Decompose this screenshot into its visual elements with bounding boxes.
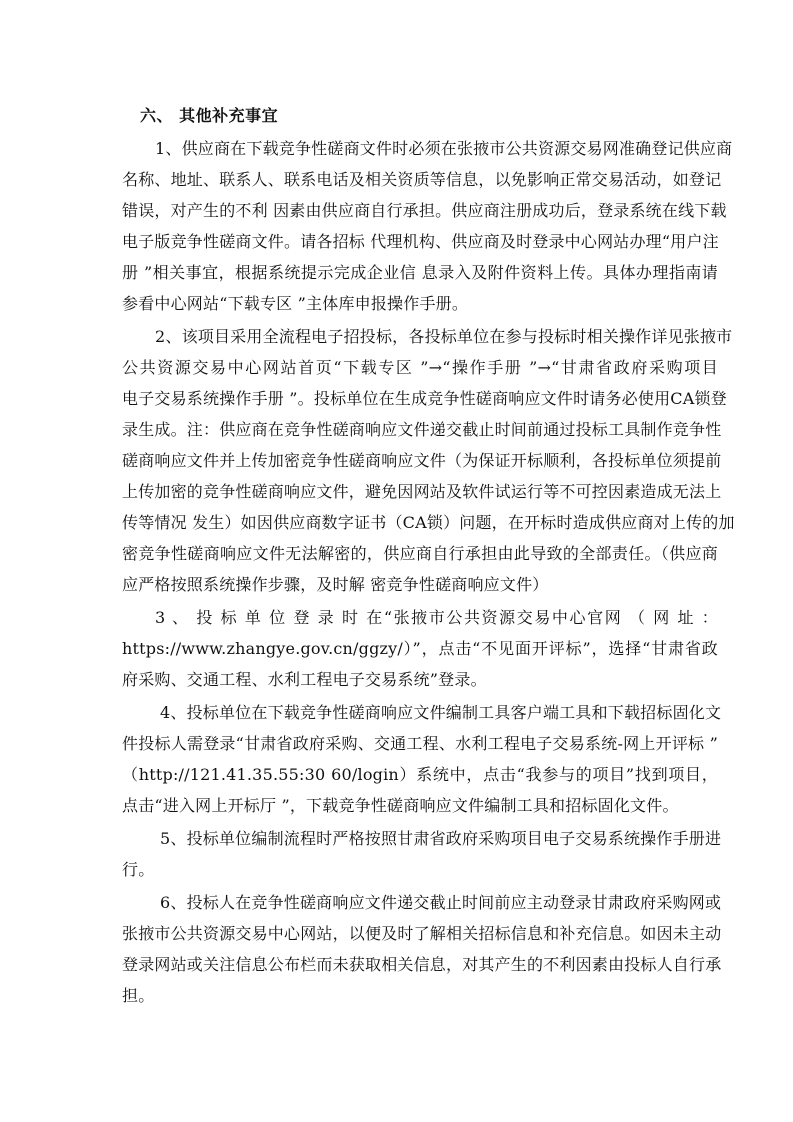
- text-line: 名称、地址、联系人、联系电话及相关资质等信息，以免影响正常交易活动，如登记: [122, 164, 718, 195]
- text-line: 1、供应商在下载竞争性磋商文件时必须在张掖市公共资源交易网准确登记供应商: [122, 133, 718, 164]
- text-line: 电子交易系统操作手册 ”。投标单位在生成竞争性磋商响应文件时请务必使用CA锁登: [122, 383, 718, 414]
- paragraph-3: 3 、 投 标 单 位 登 录 时 在“张掖市公共资源交易中心官网 （ 网 址 …: [122, 602, 718, 695]
- paragraph-4: 4、投标单位在下载竞争性磋商响应文件编制工具客户端工具和下载招标固化文 件投标人…: [122, 697, 718, 821]
- text-line: 担。: [122, 980, 718, 1011]
- text-line: 5、投标单位编制流程时严格按照甘肃省政府采购项目电子交易系统操作手册进: [122, 823, 718, 854]
- text-line: 上传加密的竞争性磋商响应文件，避免因网站及软件试运行等不可控因素造成无法上: [122, 476, 718, 507]
- url-line: https://www.zhangye.gov.cn/ggzy/）”，点击“不见…: [122, 633, 718, 664]
- text-line: 6、投标人在竞争性磋商响应文件递交截止时间前应主动登录甘肃政府采购网或: [122, 887, 718, 918]
- text-line: 4、投标单位在下载竞争性磋商响应文件编制工具客户端工具和下载招标固化文: [122, 697, 718, 728]
- document-page: 六、 其他补充事宜 1、供应商在下载竞争性磋商文件时必须在张掖市公共资源交易网准…: [122, 100, 718, 1013]
- paragraph-1: 1、供应商在下载竞争性磋商文件时必须在张掖市公共资源交易网准确登记供应商 名称、…: [122, 133, 718, 319]
- text-line: 磋商响应文件并上传加密竞争性磋商响应文件（为保证开标顺利，各投标单位须提前: [122, 445, 718, 476]
- text-line: 参看中心网站“下载专区 ”主体库申报操作手册。: [122, 288, 718, 319]
- text-line: 录生成。注：供应商在竞争性磋商响应文件递交截止时间前通过投标工具制作竞争性: [122, 414, 718, 445]
- paragraph-5: 5、投标单位编制流程时严格按照甘肃省政府采购项目电子交易系统操作手册进 行。: [122, 823, 718, 885]
- text-line: 件投标人需登录“甘肃省政府采购、交通工程、水利工程电子交易系统-网上开评标 ”: [122, 728, 718, 759]
- text-line: 传等情况 发生）如因供应商数字证书（CA锁）问题，在开标时造成供应商对上传的加: [122, 507, 718, 538]
- text-line: 3 、 投 标 单 位 登 录 时 在“张掖市公共资源交易中心官网 （ 网 址 …: [122, 602, 718, 633]
- text-line: 应严格按照系统操作步骤，及时解 密竞争性磋商响应文件）: [122, 569, 718, 600]
- text-line: 张掖市公共资源交易中心网站，以便及时了解相关招标信息和补充信息。如因未主动: [122, 918, 718, 949]
- url-line: （http://121.41.35.55:30 60/login）系统中，点击“…: [122, 759, 718, 790]
- text-line: 错误，对产生的不利 因素由供应商自行承担。供应商注册成功后，登录系统在线下载: [122, 195, 718, 226]
- paragraph-6: 6、投标人在竞争性磋商响应文件递交截止时间前应主动登录甘肃政府采购网或 张掖市公…: [122, 887, 718, 1011]
- text-line: 2、该项目采用全流程电子招投标，各投标单位在参与投标时相关操作详见张掖市: [122, 321, 718, 352]
- text-line: 府采购、交通工程、水利工程电子交易系统”登录。: [122, 664, 718, 695]
- text-line: 登录网站或关注信息公布栏而未获取相关信息，对其产生的不利因素由投标人自行承: [122, 949, 718, 980]
- text-line: 册 ”相关事宜，根据系统提示完成企业信 息录入及附件资料上传。具体办理指南请: [122, 257, 718, 288]
- text-line: 行。: [122, 854, 718, 885]
- text-line: 点击“进入网上开标厅 ”，下载竞争性磋商响应文件编制工具和招标固化文件。: [122, 790, 718, 821]
- paragraph-2: 2、该项目采用全流程电子招投标，各投标单位在参与投标时相关操作详见张掖市 公共资…: [122, 321, 718, 600]
- text-line: 密竞争性磋商响应文件无法解密的，供应商自行承担由此导致的全部责任。（供应商: [122, 538, 718, 569]
- text-line: 公共资源交易中心网站首页“下载专区 ”→“操作手册 ”→“甘肃省政府采购项目: [122, 352, 718, 383]
- section-heading: 六、 其他补充事宜: [122, 100, 718, 131]
- text-line: 电子版竞争性磋商文件。请各招标 代理机构、供应商及时登录中心网站办理“用户注: [122, 226, 718, 257]
